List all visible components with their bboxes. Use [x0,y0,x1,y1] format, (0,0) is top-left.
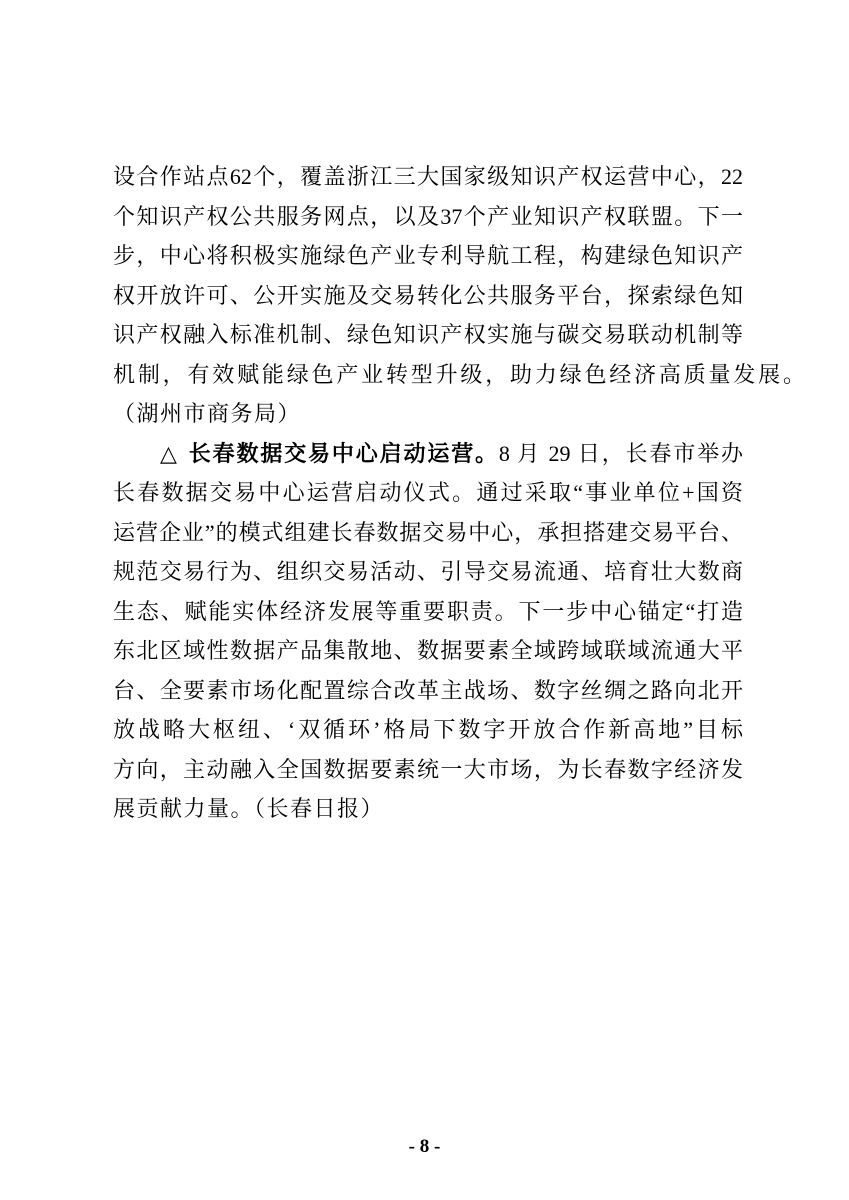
text-line: 权开放许可、公开实施及交易转化公共服务平台，探索绿色知 [113,276,743,316]
text-line: 步，中心将积极实施绿色产业专利导航工程，构建绿色知识产 [113,236,743,276]
text-line: 识产权融入标准机制、绿色知识产权实施与碳交易联动机制等 [113,315,743,355]
document-page: 设合作站点62个，覆盖浙江三大国家级知识产权运营中心，22 个知识产权公共服务网… [0,0,849,1200]
triangle-item-marker: △ [160,441,179,466]
text-line: 生态、赋能实体经济发展等重要职责。下一步中心锚定“打造 [113,592,743,632]
paragraph-2: △长春数据交易中心启动运营。8 月 29 日，长春市举办 长春数据交易中心运营启… [113,434,743,829]
text-run: 8 月 29 日，长春市举办 [499,441,743,466]
text-line: 运营企业”的模式组建长春数据交易中心，承担搭建交易平台、 [113,513,743,553]
text-line: 台、全要素市场化配置综合改革主战场、数字丝绸之路向北开 [113,671,743,711]
body-text: 设合作站点62个，覆盖浙江三大国家级知识产权运营中心，22 个知识产权公共服务网… [113,157,743,829]
text-line: △长春数据交易中心启动运营。8 月 29 日，长春市举办 [113,434,743,474]
text-line: 长春数据交易中心运营启动仪式。通过采取“事业单位+国资 [113,473,743,513]
text-line: 方向，主动融入全国数据要素统一大市场，为长春数字经济发 [113,750,743,790]
text-line: 放战略大枢纽、‘双循环’格局下数字开放合作新高地”目标 [113,710,743,750]
text-line: 个知识产权公共服务网点，以及37个产业知识产权联盟。下一 [113,197,743,237]
item-title: 长春数据交易中心启动运营。 [189,441,499,466]
text-line: 规范交易行为、组织交易活动、引导交易流通、培育壮大数商 [113,552,743,592]
source-attribution: （湖州市商务局） [113,394,743,434]
text-line: 东北区域性数据产品集散地、数据要素全域跨域联域流通大平 [113,631,743,671]
paragraph-1: 设合作站点62个，覆盖浙江三大国家级知识产权运营中心，22 个知识产权公共服务网… [113,157,743,434]
text-line: 设合作站点62个，覆盖浙江三大国家级知识产权运营中心，22 [113,157,743,197]
page-number: - 8 - [0,1132,849,1162]
source-attribution: 展贡献力量。（长春日报） [113,789,743,829]
text-line: 机制，有效赋能绿色产业转型升级，助力绿色经济高质量发展。 [113,355,805,395]
